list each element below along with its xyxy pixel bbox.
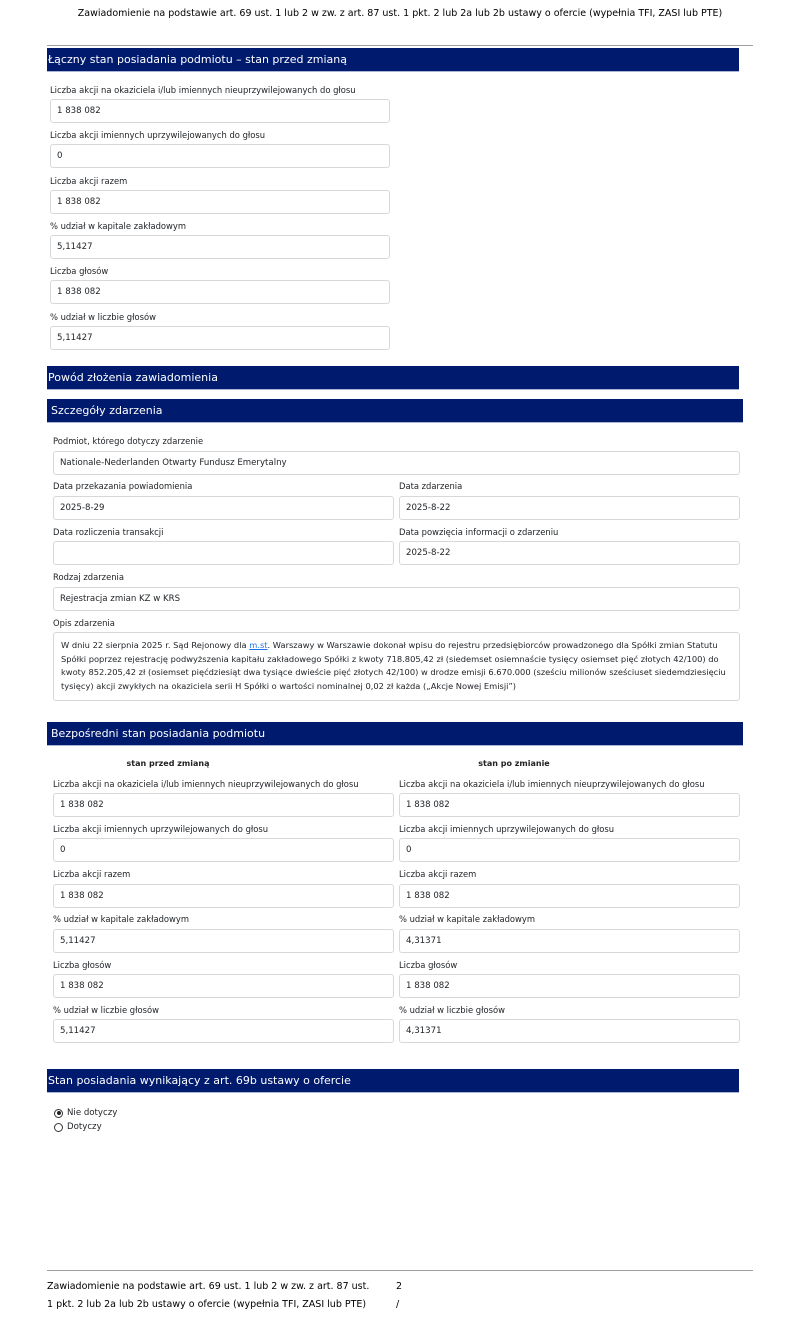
field-label: Liczba akcji na okaziciela i/lub imienny…: [53, 779, 359, 789]
radio-option-applicable[interactable]: Dotyczy: [54, 1122, 102, 1132]
document-title: Zawiadomienie na podstawie art. 69 ust. …: [60, 5, 740, 23]
description-link[interactable]: m.st: [249, 640, 267, 650]
field-label: Data przekazania powiadomienia: [53, 481, 192, 491]
radio-checked-icon[interactable]: [54, 1109, 63, 1118]
after-privileged-shares-input[interactable]: 0: [399, 838, 740, 862]
field-label: Liczba akcji na okaziciela i/lub imienny…: [399, 779, 705, 789]
field-label: % udział w kapitale zakładowym: [399, 914, 535, 924]
section-header-total-holding: Łączny stan posiadania podmiotu – stan p…: [47, 48, 739, 72]
field-label: Liczba akcji imiennych uprzywilejowanych…: [50, 130, 265, 140]
votes-count-input[interactable]: 1 838 082: [50, 280, 390, 304]
before-capital-share-input[interactable]: 5,11427: [53, 929, 394, 953]
before-bearer-shares-input[interactable]: 1 838 082: [53, 793, 394, 817]
field-label: Data rozliczenia transakcji: [53, 527, 163, 537]
field-label: Liczba akcji imiennych uprzywilejowanych…: [399, 824, 614, 834]
section-header-direct-holding: Bezpośredni stan posiadania podmiotu: [47, 722, 743, 746]
top-divider: [47, 45, 753, 46]
event-description-textarea[interactable]: W dniu 22 sierpnia 2025 r. Sąd Rejonowy …: [53, 632, 740, 701]
radio-option-not-applicable[interactable]: Nie dotyczy: [54, 1108, 117, 1118]
after-total-shares-input[interactable]: 1 838 082: [399, 884, 740, 908]
before-total-shares-input[interactable]: 1 838 082: [53, 884, 394, 908]
votes-percent-input[interactable]: 5,11427: [50, 326, 390, 350]
radio-unchecked-icon[interactable]: [54, 1123, 63, 1132]
privileged-shares-input[interactable]: 0: [50, 144, 390, 168]
before-votes-count-input[interactable]: 1 838 082: [53, 974, 394, 998]
field-label: % udział w kapitale zakładowym: [53, 914, 189, 924]
field-label: Data powzięcia informacji o zdarzeniu: [399, 527, 558, 537]
bottom-divider: [47, 1270, 753, 1271]
bearer-shares-input[interactable]: 1 838 082: [50, 99, 390, 123]
field-label: Rodzaj zdarzenia: [53, 572, 124, 582]
after-capital-share-input[interactable]: 4,31371: [399, 929, 740, 953]
section-header-event-details: Szczegóły zdarzenia: [47, 399, 743, 423]
settlement-date-input[interactable]: [53, 541, 394, 565]
event-type-input[interactable]: Rejestracja zmian KZ w KRS: [53, 587, 740, 611]
info-date-input[interactable]: 2025-8-22: [399, 541, 740, 565]
field-label: Data zdarzenia: [399, 481, 462, 491]
total-shares-input[interactable]: 1 838 082: [50, 190, 390, 214]
field-label: Podmiot, którego dotyczy zdarzenie: [53, 436, 203, 446]
field-label: Opis zdarzenia: [53, 618, 115, 628]
before-votes-percent-input[interactable]: 5,11427: [53, 1019, 394, 1043]
capital-share-percent-input[interactable]: 5,11427: [50, 235, 390, 259]
after-votes-percent-input[interactable]: 4,31371: [399, 1019, 740, 1043]
event-date-input[interactable]: 2025-8-22: [399, 496, 740, 520]
field-label: % udział w liczbie głosów: [399, 1005, 505, 1015]
after-votes-count-input[interactable]: 1 838 082: [399, 974, 740, 998]
field-label: Liczba głosów: [53, 960, 111, 970]
field-label: Liczba akcji na okaziciela i/lub imienny…: [50, 85, 356, 95]
field-label: % udział w kapitale zakładowym: [50, 221, 186, 231]
after-change-heading: stan po zmianie: [414, 759, 614, 768]
field-label: Liczba akcji razem: [53, 869, 130, 879]
footer-title-line-2: 1 pkt. 2 lub 2a lub 2b ustawy o ofercie …: [47, 1299, 366, 1310]
before-change-heading: stan przed zmianą: [68, 759, 268, 768]
after-bearer-shares-input[interactable]: 1 838 082: [399, 793, 740, 817]
field-label: Liczba akcji imiennych uprzywilejowanych…: [53, 824, 268, 834]
field-label: Liczba głosów: [50, 266, 108, 276]
section-header-reason: Powód złożenia zawiadomienia: [47, 366, 739, 390]
field-label: % udział w liczbie głosów: [53, 1005, 159, 1015]
entity-input[interactable]: Nationale-Nederlanden Otwarty Fundusz Em…: [53, 451, 740, 475]
radio-label: Nie dotyczy: [67, 1108, 117, 1118]
field-label: Liczba akcji razem: [399, 869, 476, 879]
footer-page-separator: /: [396, 1299, 399, 1310]
notification-date-input[interactable]: 2025-8-29: [53, 496, 394, 520]
before-privileged-shares-input[interactable]: 0: [53, 838, 394, 862]
radio-label: Dotyczy: [67, 1122, 102, 1132]
field-label: % udział w liczbie głosów: [50, 312, 156, 322]
section-header-art69b: Stan posiadania wynikający z art. 69b us…: [47, 1069, 739, 1093]
footer-page-number: 2: [396, 1281, 402, 1292]
description-text: W dniu 22 sierpnia 2025 r. Sąd Rejonowy …: [61, 640, 249, 650]
footer-title-line-1: Zawiadomienie na podstawie art. 69 ust. …: [47, 1281, 369, 1292]
field-label: Liczba akcji razem: [50, 176, 127, 186]
field-label: Liczba głosów: [399, 960, 457, 970]
